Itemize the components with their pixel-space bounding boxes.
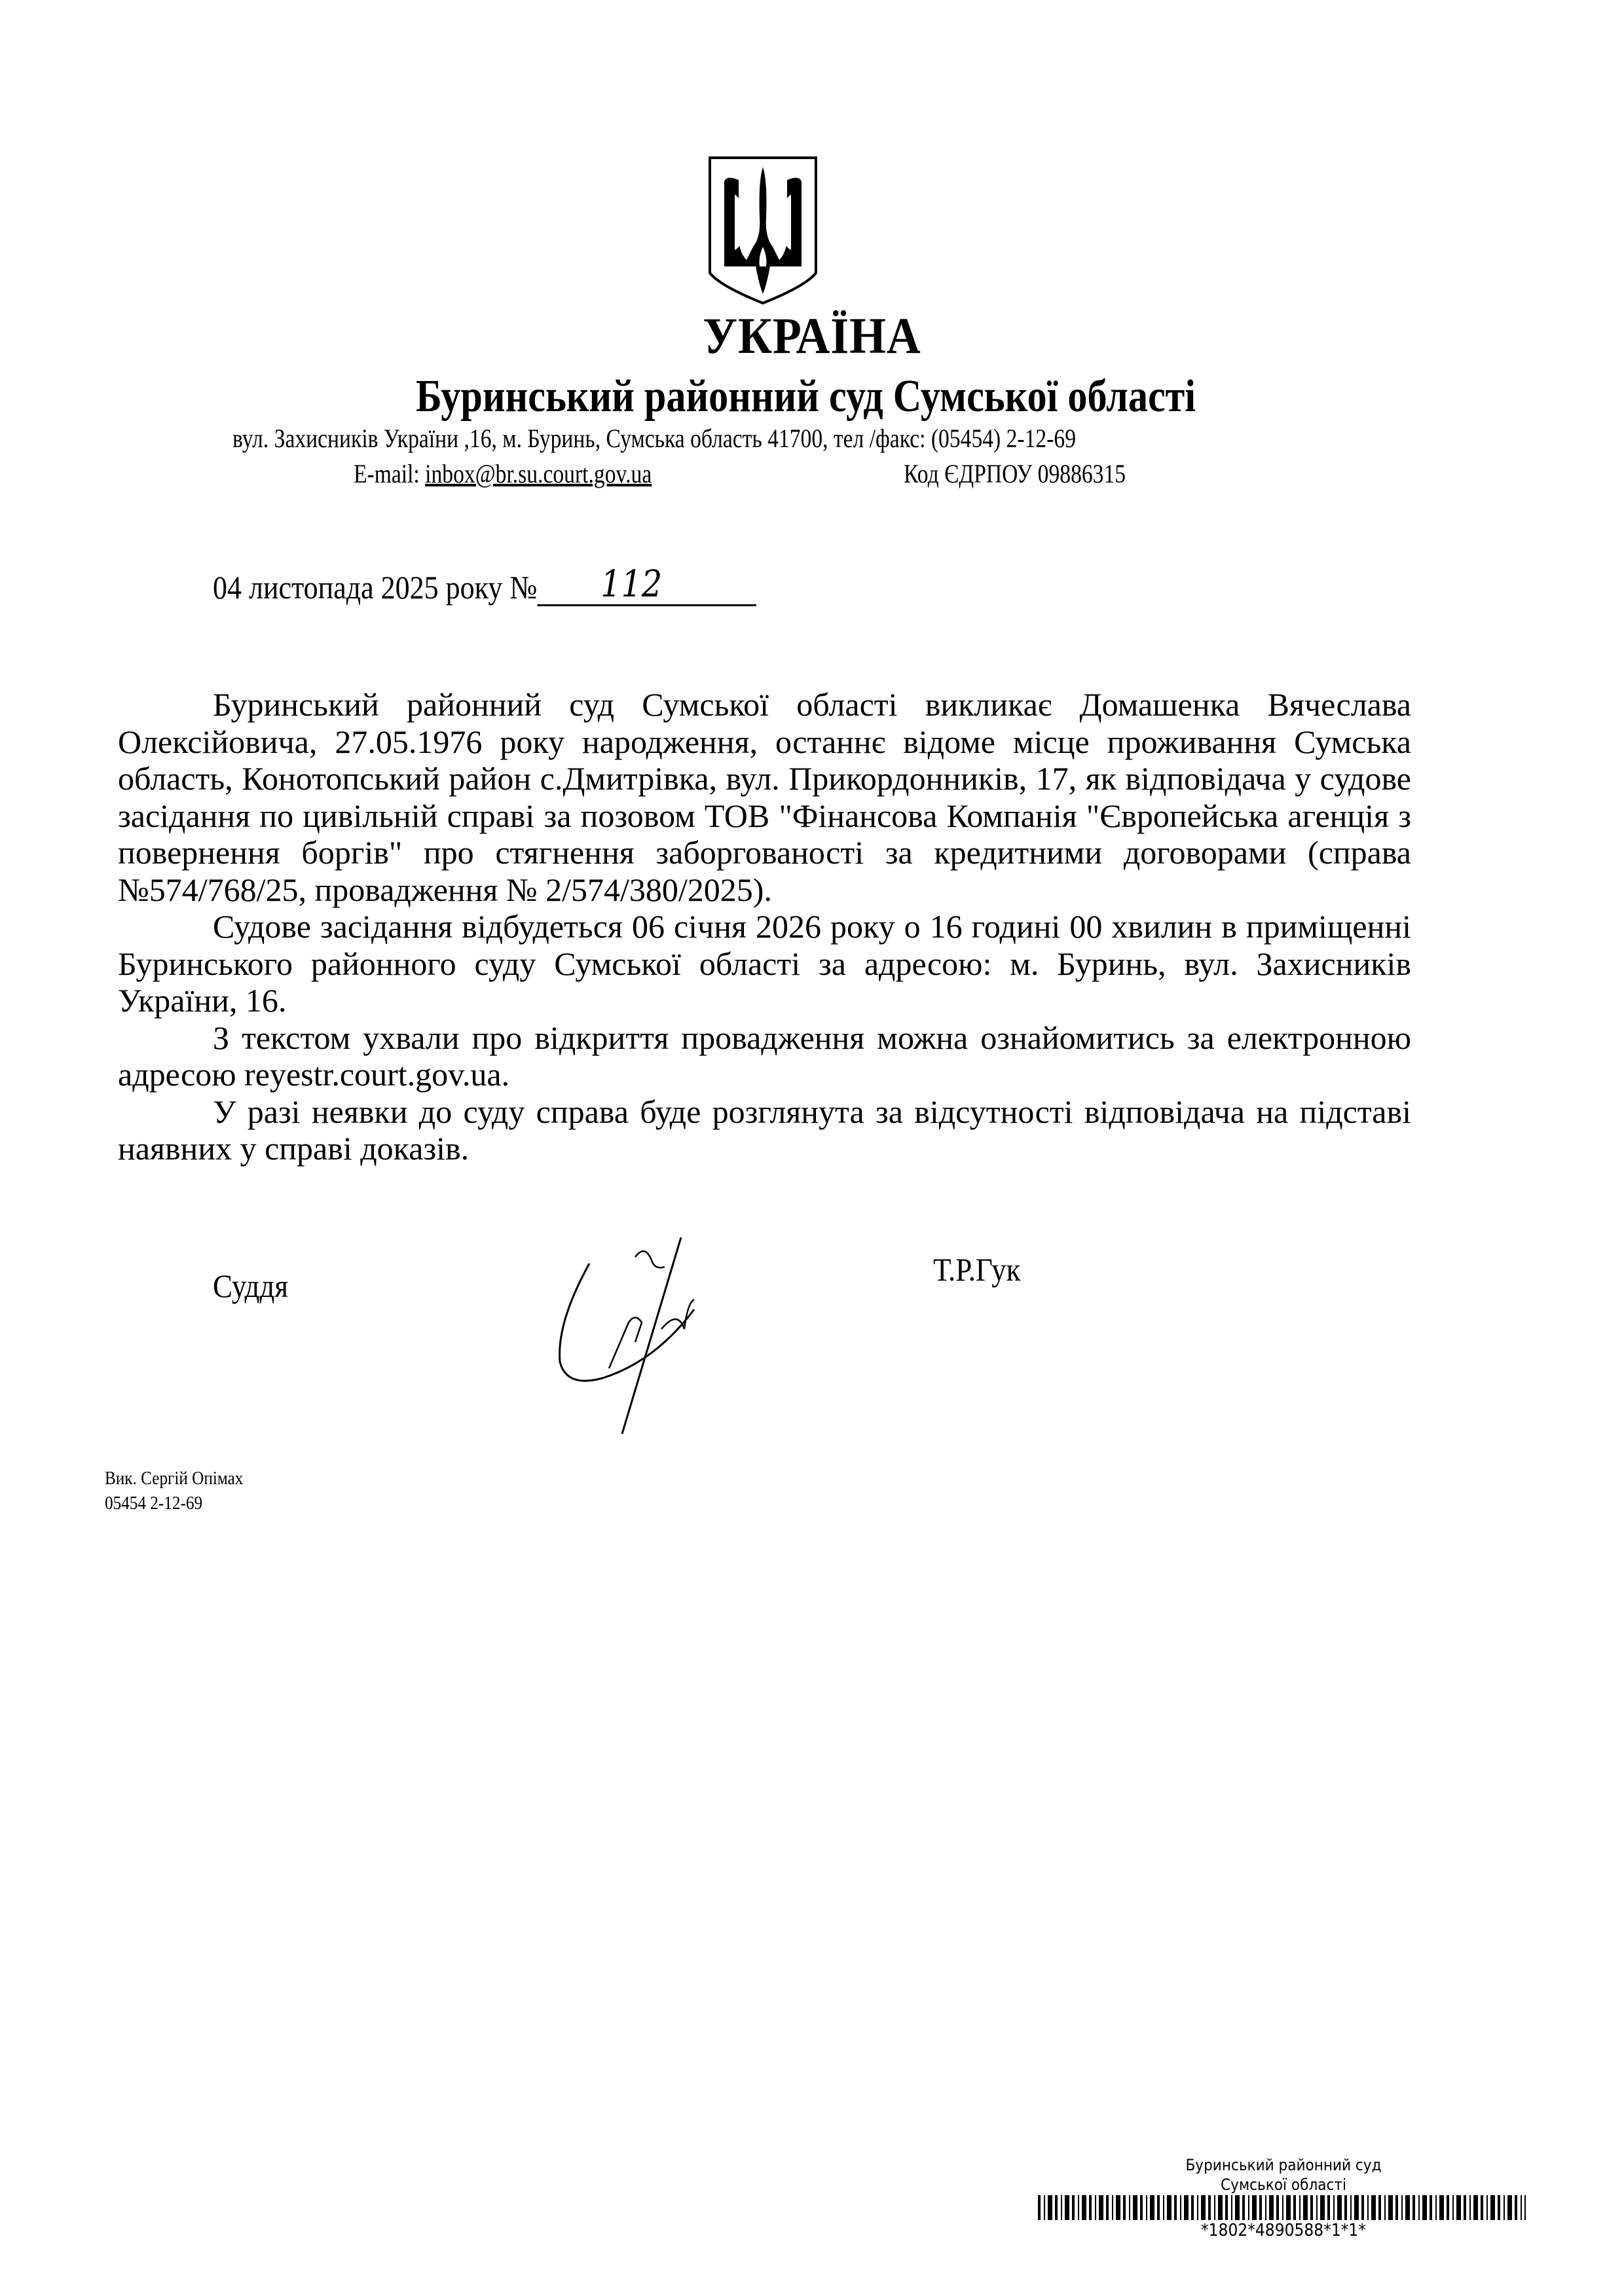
- barcode-caption-line2: Сумської області: [1048, 2175, 1519, 2195]
- judge-label: Суддя: [213, 1267, 288, 1305]
- signature-icon: [530, 1231, 805, 1440]
- court-address: вул. Захисників України ,16, м. Буринь, …: [232, 423, 1135, 454]
- country-title: УКРАЇНА: [65, 306, 1559, 365]
- executor-name: Вик. Сергій Опімах: [105, 1467, 243, 1491]
- body-paragraph: У разі неявки до суду справа буде розгля…: [118, 1093, 1411, 1167]
- executor-phone: 05454 2-12-69: [105, 1491, 243, 1516]
- letter-body: Буринський районний суд Сумської області…: [118, 686, 1411, 1167]
- date-and-number: 04 листопада 2025 року №112: [213, 568, 756, 606]
- coat-of-arms-icon: [707, 155, 819, 304]
- barcode-caption: Буринський районний суд Сумської області: [1048, 2155, 1519, 2195]
- reg-number: 112: [600, 563, 662, 606]
- email-label: E-mail:: [354, 459, 425, 488]
- judge-name: Т.Р.Гук: [933, 1250, 1021, 1288]
- barcode-caption-line1: Буринський районний суд: [1048, 2155, 1519, 2175]
- executor-info: Вик. Сергій Опімах 05454 2-12-69: [105, 1467, 243, 1516]
- email-line: E-mail: inbox@br.su.court.gov.ua: [354, 458, 652, 489]
- barcode-number: *1802*4890588*1*1*: [1048, 2221, 1519, 2240]
- reg-number-field: 112: [537, 578, 756, 606]
- edrpou-code: Код ЄДРПОУ 09886315: [904, 458, 1126, 489]
- barcode-icon: [1038, 2195, 1526, 2220]
- email-link[interactable]: inbox@br.su.court.gov.ua: [425, 459, 652, 488]
- body-paragraph: З текстом ухвали про відкриття проваджен…: [118, 1019, 1411, 1093]
- letter-date: 04 листопада 2025 року №: [213, 569, 537, 606]
- body-paragraph: Буринський районний суд Сумської області…: [118, 686, 1411, 908]
- court-name: Буринський районний суд Сумської області: [107, 371, 1504, 423]
- body-paragraph: Судове засідання відбудеться 06 січня 20…: [118, 908, 1411, 1019]
